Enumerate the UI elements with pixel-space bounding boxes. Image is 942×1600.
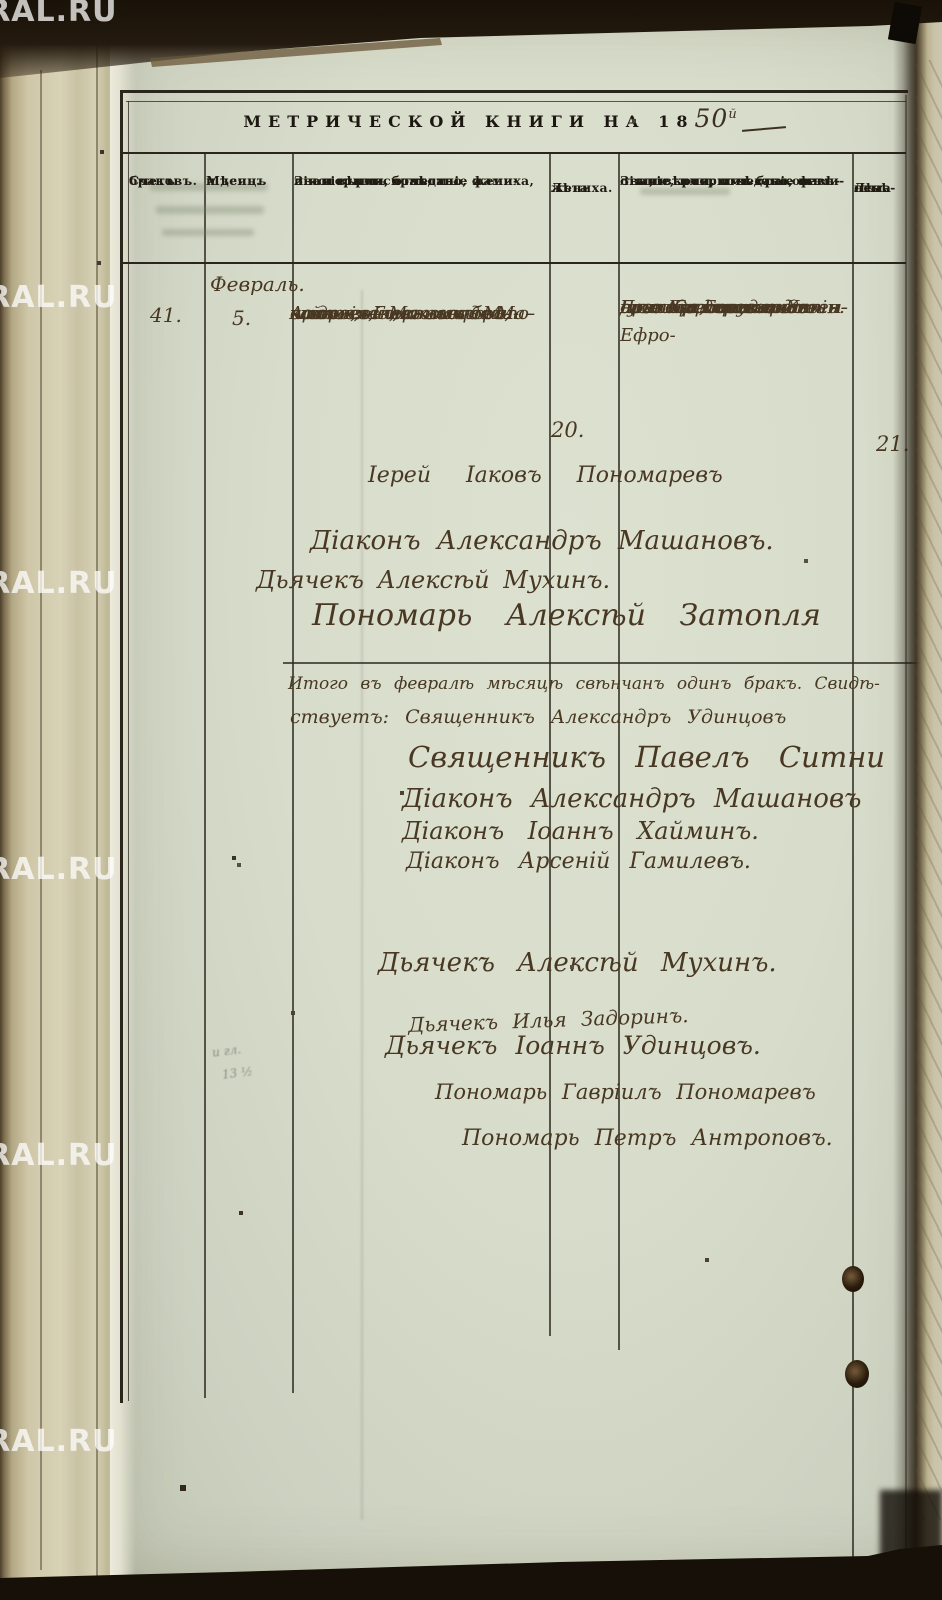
summary-signature-ponomar2: Пономарь Петръ Антроповъ.: [462, 1126, 833, 1151]
frame-left-inner: [128, 101, 129, 1401]
summary-attest-line: ствуетъ: Священникъ Александръ Удинцовъ: [290, 706, 786, 728]
next-page-bleedthrough: [916, 60, 942, 1520]
record-day: 5.: [232, 306, 251, 330]
summary-signature-sexton1: Дьячекъ Алексѣй Мухинъ.: [378, 948, 777, 978]
summary-divider-rule: [283, 662, 935, 664]
signature-deacon: Діаконъ Александръ Машановъ.: [310, 526, 774, 556]
title-year-suffix: й: [728, 107, 736, 122]
signature-priest: Іерей Іаковъ Пономаревъ: [368, 463, 723, 488]
summary-signature-priest2: Священникъ Павелъ Ситни: [408, 740, 885, 774]
record-month: Февраль.: [210, 272, 305, 296]
signature-sexton: Дьячекъ Алексѣй Мухинъ.: [256, 566, 610, 594]
header-line: браковъ.: [129, 162, 197, 199]
column-rule-5: [852, 152, 854, 1572]
summary-signature-sexton3: Дьячекъ Іоаннъ Удинцовъ.: [385, 1031, 761, 1060]
ink-blot: [842, 1266, 864, 1292]
groom-age-value: 20.: [551, 418, 584, 442]
summary-signature-deacon2: Діаконъ Іоаннъ Хайминъ.: [402, 817, 759, 845]
header-top-rule: [123, 152, 906, 154]
summary-signature-ponomar1: Пономарь Гавріилъ Пономаревъ: [435, 1080, 816, 1104]
paper-crease: [361, 290, 363, 1520]
header-line: жениха.: [551, 172, 613, 204]
ink-bleedthrough: [162, 229, 254, 236]
record-number: 41.: [150, 303, 182, 327]
page-edge-line: [96, 40, 98, 1580]
title-year-handwritten: 50: [695, 104, 729, 133]
groom-entry-line: комъ. „ — „: [290, 300, 398, 328]
column-rule-1: [204, 152, 206, 1398]
frame-left-outer: [120, 90, 123, 1403]
summary-signature-deacon3: Діаконъ Арсеній Гамилевъ.: [406, 849, 751, 874]
frame-top-outer: [120, 90, 908, 93]
summary-total-line: Итого въ февралѣ мѣсяцѣ свѣнчанъ одинъ б…: [288, 674, 880, 694]
page-title: МЕТРИЧЕСКОЙ КНИГИ НА 1850й: [140, 104, 840, 133]
signature-ponomar: Пономарь Алексѣй Затопля: [312, 598, 821, 633]
page-title-printed: МЕТРИЧЕСКОЙ КНИГИ НА 18: [243, 112, 694, 131]
header-line: сты, и которымъ бракомъ.: [620, 162, 827, 199]
header-line: и которымъ бракомъ.: [294, 162, 462, 199]
page-edge-line: [40, 70, 42, 1570]
page-curl-highlight: [110, 14, 136, 1580]
column-rule-2: [292, 152, 294, 1393]
summary-signature-deacon1: Діаконъ Александръ Машановъ: [402, 784, 861, 814]
bride-entry-line: наго вѣроисповѣданія.: [620, 294, 845, 322]
header-bottom-rule: [123, 262, 906, 264]
ink-bleedthrough: [156, 206, 264, 214]
header-line: сты.: [854, 172, 888, 204]
header-line: и день.: [206, 162, 261, 199]
metrical-book-scan: МЕТРИЧЕСКОЙ КНИГИ НА 1850й Счетъ браковъ…: [0, 0, 942, 1600]
frame-top-inner: [126, 101, 906, 102]
ink-blot: [845, 1360, 869, 1388]
